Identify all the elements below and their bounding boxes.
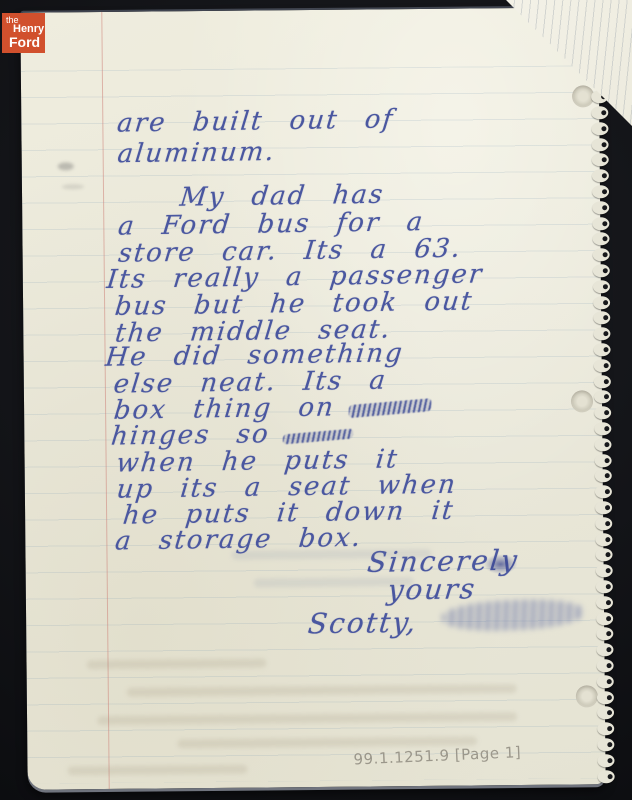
perforation-tab <box>595 485 612 498</box>
perforation-tab <box>594 359 611 372</box>
perforation-tab <box>593 327 610 340</box>
pencil-smudge <box>58 162 74 170</box>
pencil-smudge <box>62 184 84 189</box>
photograph-of-letter: are built out of aluminum. My dad has a … <box>0 0 632 800</box>
ink-showthrough <box>127 684 517 697</box>
perforation-tab <box>595 470 612 483</box>
ink-showthrough <box>97 712 517 725</box>
perforation-tab <box>595 501 612 514</box>
perforation-tab <box>592 185 609 198</box>
perforation-tab <box>597 722 614 735</box>
perforation-tab <box>598 770 615 783</box>
perforation-tab <box>597 754 614 767</box>
perforation-tab <box>592 233 609 246</box>
ink-showthrough <box>87 658 267 669</box>
perforation-tab <box>596 564 613 577</box>
perforation-tab <box>595 517 612 530</box>
henry-ford-logo: the Henry Ford <box>2 13 45 53</box>
perforation-tab <box>597 738 614 751</box>
punch-hole-middle <box>571 390 593 412</box>
perforation-tab <box>595 533 612 546</box>
perforation-tab <box>591 106 608 119</box>
perforation-tab <box>592 138 609 151</box>
perforation-tab <box>594 375 611 388</box>
ink-showthrough <box>68 765 248 776</box>
logo-text-ford: Ford <box>9 34 40 50</box>
perforation-tab <box>593 312 610 325</box>
perforation-tab <box>592 169 609 182</box>
punch-hole-bottom <box>576 685 598 707</box>
handwritten-line: aluminum. <box>116 137 277 169</box>
perforation-tab <box>595 454 612 467</box>
perforation-tab <box>594 406 611 419</box>
ink-showthrough <box>231 549 431 560</box>
scribbled-out-word <box>348 398 431 418</box>
perforation-tab <box>596 628 613 641</box>
signature-name: Scotty, <box>306 606 419 641</box>
perforation-tab <box>594 422 611 435</box>
perforation-tab <box>592 217 609 230</box>
perforation-tab <box>593 248 610 261</box>
perforation-tab <box>597 707 614 720</box>
perforation-tab <box>597 675 614 688</box>
perforation-tab <box>593 296 610 309</box>
perforation-tab <box>596 596 613 609</box>
catalog-number: 99.1.1251.9 [Page 1] <box>353 743 521 768</box>
perforation-tab <box>591 122 608 135</box>
perforation-tab <box>596 612 613 625</box>
perforation-tab <box>594 391 611 404</box>
perforation-tab <box>595 549 612 562</box>
scribbled-out-word <box>283 429 354 445</box>
ink-showthrough <box>254 577 414 588</box>
perforation-tab <box>593 343 610 356</box>
perforation-tab <box>594 438 611 451</box>
handwritten-line: are built out of <box>116 104 396 138</box>
perforation-tab <box>596 643 613 656</box>
red-margin-line <box>101 12 109 789</box>
perforation-tab <box>597 691 614 704</box>
letter-page: are built out of aluminum. My dad has a … <box>20 7 605 790</box>
perforation-tab <box>596 580 613 593</box>
perforation-tab <box>592 201 609 214</box>
perforation-tab <box>592 154 609 167</box>
perforation-tab <box>593 280 610 293</box>
perforation-tab <box>593 264 610 277</box>
perforation-tab <box>597 659 614 672</box>
